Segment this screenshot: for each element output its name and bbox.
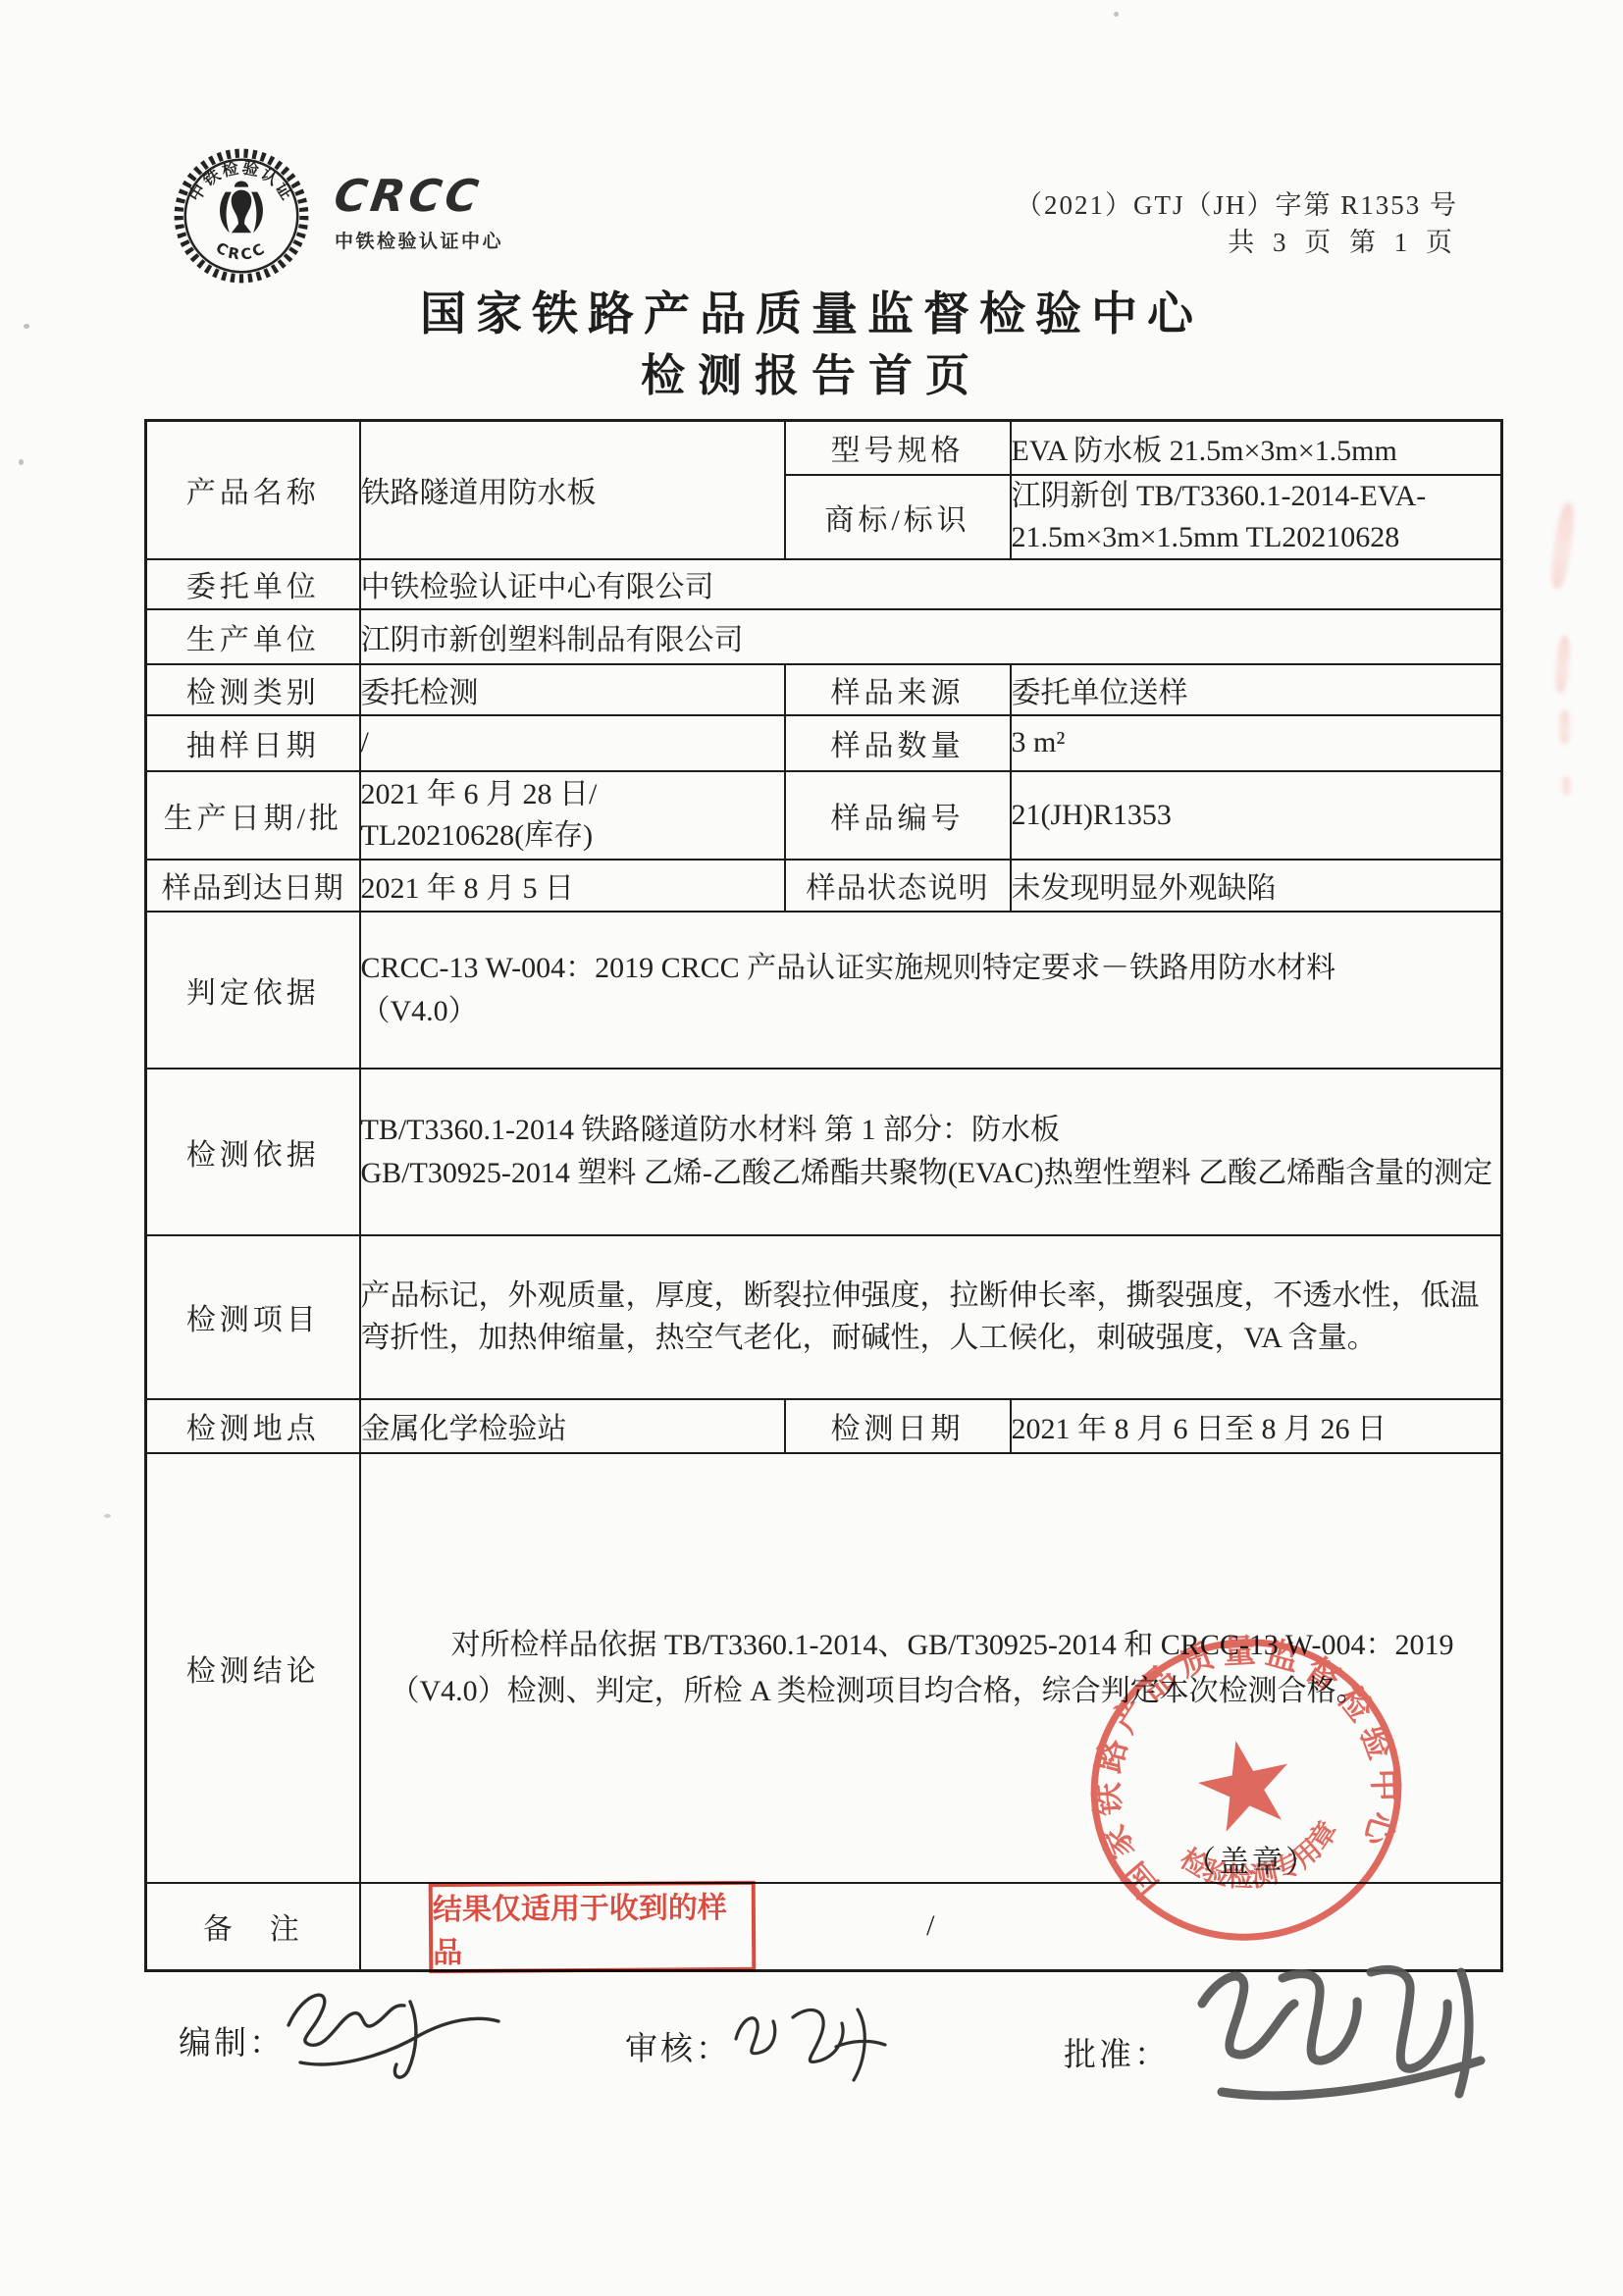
page-indicator: 共 3 页 第 1 页 — [1016, 224, 1458, 261]
scan-speck — [104, 1514, 111, 1518]
table-row: 检测类别 委托检测 样品来源 委托单位送样 — [146, 664, 1502, 715]
sample-state-value: 未发现明显外观缺陷 — [1011, 860, 1502, 912]
table-row: 产品名称 铁路隧道用防水板 型号规格 EVA 防水板 21.5m×3m×1.5m… — [146, 421, 1502, 475]
remark-stamp-box: 结果仅适用于收到的样品 — [429, 1881, 757, 1973]
svg-text:CRCC: CRCC — [213, 238, 270, 264]
sample-no-label: 样品编号 — [785, 771, 1011, 860]
judgment-basis-line1: CRCC-13 W-004：2019 CRCC 产品认证实施规则特定要求－铁路用… — [361, 947, 1501, 990]
client-label: 委托单位 — [146, 559, 360, 609]
crcc-seal-logo: 中铁检验认证 CRCC — [167, 141, 316, 290]
sample-qty-label: 样品数量 — [785, 715, 1011, 771]
sample-source-value: 委托单位送样 — [1011, 664, 1502, 715]
production-date-value: 2021 年 6 月 28 日/ TL20210628(库存) — [360, 771, 785, 860]
seal-here-note: （盖章） — [1185, 1837, 1319, 1881]
table-row: 检测地点 金属化学检验站 检测日期 2021 年 8 月 6 日至 8 月 26… — [146, 1399, 1502, 1453]
model-label: 型号规格 — [785, 421, 1011, 475]
test-type-value: 委托检测 — [360, 664, 785, 715]
scan-speck — [1114, 12, 1119, 17]
table-row: 样品到达日期 2021 年 8 月 5 日 样品状态说明 未发现明显外观缺陷 — [146, 860, 1502, 912]
conclusion-label: 检测结论 — [146, 1453, 360, 1883]
test-place-label: 检测地点 — [146, 1399, 360, 1453]
production-date-line1: 2021 年 6 月 28 日/ — [361, 774, 784, 815]
test-date-value: 2021 年 8 月 6 日至 8 月 26 日 — [1011, 1399, 1502, 1453]
arrival-date-value: 2021 年 8 月 5 日 — [360, 860, 785, 912]
scan-smudge — [1548, 501, 1577, 590]
judgment-basis-label: 判定依据 — [146, 912, 360, 1069]
sampling-date-value: / — [360, 715, 785, 771]
document-number: （2021）GTJ（JH）字第 R1353 号 — [1016, 186, 1458, 224]
test-basis-line1: TB/T3360.1-2014 铁路隧道防水材料 第 1 部分：防水板 — [361, 1109, 1501, 1152]
judgment-basis-line2: （V4.0） — [361, 990, 1501, 1033]
sampling-date-label: 抽样日期 — [146, 715, 360, 771]
client-value: 中铁检验认证中心有限公司 — [360, 559, 1502, 609]
test-type-label: 检测类别 — [146, 664, 360, 715]
remark-stamp-text: 结果仅适用于收到的样品 — [433, 1883, 753, 1971]
table-row: 抽样日期 / 样品数量 3 m² — [146, 715, 1502, 771]
scan-smudge — [1562, 777, 1571, 795]
manufacturer-value: 江阴市新创塑料制品有限公司 — [360, 609, 1502, 664]
model-value: EVA 防水板 21.5m×3m×1.5mm — [1011, 421, 1502, 475]
reviewed-signature — [714, 1988, 909, 2098]
test-items-text: 产品标记，外观质量，厚度，断裂拉伸强度，拉断伸长率，撕裂强度，不透水性，低温弯折… — [361, 1275, 1501, 1359]
test-basis-label: 检测依据 — [146, 1069, 360, 1235]
crcc-wordmark-block: CRCC 中铁检验认证中心 — [335, 173, 501, 253]
product-name-label: 产品名称 — [146, 421, 360, 559]
test-date-label: 检测日期 — [785, 1399, 1011, 1453]
table-row: 生产日期/批 2021 年 6 月 28 日/ TL20210628(库存) 样… — [146, 771, 1502, 860]
test-items-label: 检测项目 — [146, 1235, 360, 1399]
production-date-line2: TL20210628(库存) — [361, 815, 784, 857]
scan-speck — [24, 324, 29, 329]
crcc-wordmark: CRCC — [332, 173, 505, 220]
report-subtitle: 检测报告首页 — [0, 339, 1623, 403]
test-basis-line2: GB/T30925-2014 塑料 乙烯-乙酸乙烯酯共聚物(EVAC)热塑性塑料… — [361, 1152, 1501, 1195]
crcc-wordmark-subtitle: 中铁检验认证中心 — [335, 227, 501, 253]
approved-signature — [1161, 1941, 1522, 2137]
stamp-star-icon — [1191, 1731, 1299, 1835]
table-row: 检测依据 TB/T3360.1-2014 铁路隧道防水材料 第 1 部分：防水板… — [146, 1069, 1502, 1235]
document-number-block: （2021）GTJ（JH）字第 R1353 号 共 3 页 第 1 页 — [1016, 186, 1458, 261]
test-items-value: 产品标记，外观质量，厚度，断裂拉伸强度，拉断伸长率，撕裂强度，不透水性，低温弯折… — [360, 1235, 1502, 1399]
manufacturer-label: 生产单位 — [146, 609, 360, 664]
product-name-value: 铁路隧道用防水板 — [360, 421, 785, 559]
report-page: 中铁检验认证 CRCC CRCC 中铁检验认证中心 （2021）GTJ（JH）字… — [0, 0, 1623, 2296]
scan-smudge — [1559, 710, 1570, 744]
prepared-by-label: 编制： — [179, 2017, 285, 2063]
judgment-basis-value: CRCC-13 W-004：2019 CRCC 产品认证实施规则特定要求－铁路用… — [360, 912, 1502, 1069]
trademark-value: 江阴新创 TB/T3360.1-2014-EVA- 21.5m×3m×1.5mm… — [1011, 475, 1502, 559]
production-date-label: 生产日期/批 — [146, 771, 360, 860]
test-basis-value: TB/T3360.1-2014 铁路隧道防水材料 第 1 部分：防水板 GB/T… — [360, 1069, 1502, 1235]
approved-by-label: 批准： — [1064, 2029, 1170, 2075]
table-row: 判定依据 CRCC-13 W-004：2019 CRCC 产品认证实施规则特定要… — [146, 912, 1502, 1069]
seal-monogram-icon — [220, 182, 263, 234]
sample-state-label: 样品状态说明 — [785, 860, 1011, 912]
seal-bottom-text: CRCC — [213, 238, 270, 264]
prepared-signature — [271, 1974, 518, 2090]
arrival-date-label: 样品到达日期 — [146, 860, 360, 912]
inspection-center-stamp: 国家铁路产品质量监督检验中心 检验检测专用章 — [1055, 1604, 1438, 1975]
scan-speck — [19, 459, 24, 465]
scan-smudge — [1553, 636, 1571, 694]
trademark-label: 商标/标识 — [785, 475, 1011, 559]
trademark-line1: 江阴新创 TB/T3360.1-2014-EVA- — [1012, 476, 1501, 517]
trademark-line2: 21.5m×3m×1.5mm TL20210628 — [1012, 517, 1501, 558]
table-row: 检测项目 产品标记，外观质量，厚度，断裂拉伸强度，拉断伸长率，撕裂强度，不透水性… — [146, 1235, 1502, 1399]
center-title: 国家铁路产品质量监督检验中心 — [0, 278, 1623, 343]
sample-source-label: 样品来源 — [785, 664, 1011, 715]
remark-label: 备 注 — [146, 1883, 360, 1971]
test-place-value: 金属化学检验站 — [360, 1399, 785, 1453]
sample-no-value: 21(JH)R1353 — [1011, 771, 1502, 860]
sample-qty-value: 3 m² — [1011, 715, 1502, 771]
table-row: 委托单位 中铁检验认证中心有限公司 — [146, 559, 1502, 609]
table-row: 生产单位 江阴市新创塑料制品有限公司 — [146, 609, 1502, 664]
